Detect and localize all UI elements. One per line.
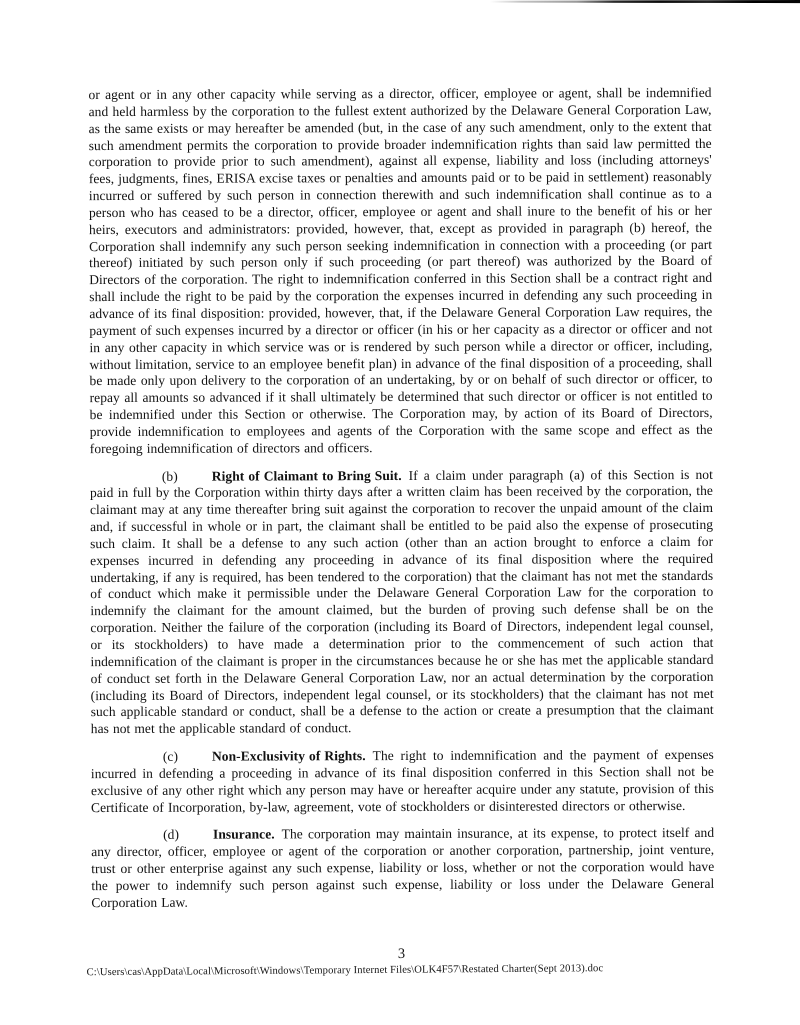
page-sheet: or agent or in any other capacity while … xyxy=(0,0,800,1025)
paragraph-text: or agent or in any other capacity while … xyxy=(89,85,713,456)
section-c-paragraph: (c)Non-Exclusivity of Rights.The right t… xyxy=(91,747,714,817)
section-d-paragraph: (d)Insurance.The corporation may maintai… xyxy=(91,825,714,911)
page-number: 3 xyxy=(2,945,800,965)
section-c-label: (c) xyxy=(163,749,178,766)
document-body: or agent or in any other capacity while … xyxy=(89,85,715,923)
paragraph-a-continuation: or agent or in any other capacity while … xyxy=(89,85,713,458)
section-d-heading: Insurance. xyxy=(213,827,275,844)
paragraph-text: If a claim under paragraph (a) of this S… xyxy=(90,466,714,736)
paragraph-text: The corporation may maintain insurance, … xyxy=(91,825,714,910)
section-c-heading: Non-Exclusivity of Rights. xyxy=(212,748,366,765)
paragraph-text: The right to indemnification and the pay… xyxy=(91,747,714,815)
section-b-label: (b) xyxy=(162,468,178,485)
section-b-heading: Right of Claimant to Bring Suit. xyxy=(212,468,402,486)
footer-file-path: C:\Users\cas\AppData\Local\Microsoft\Win… xyxy=(87,963,604,978)
section-b-paragraph: (b)Right of Claimant to Bring Suit.If a … xyxy=(90,466,714,738)
document-page: or agent or in any other capacity while … xyxy=(0,0,800,1025)
section-d-label: (d) xyxy=(163,827,179,844)
